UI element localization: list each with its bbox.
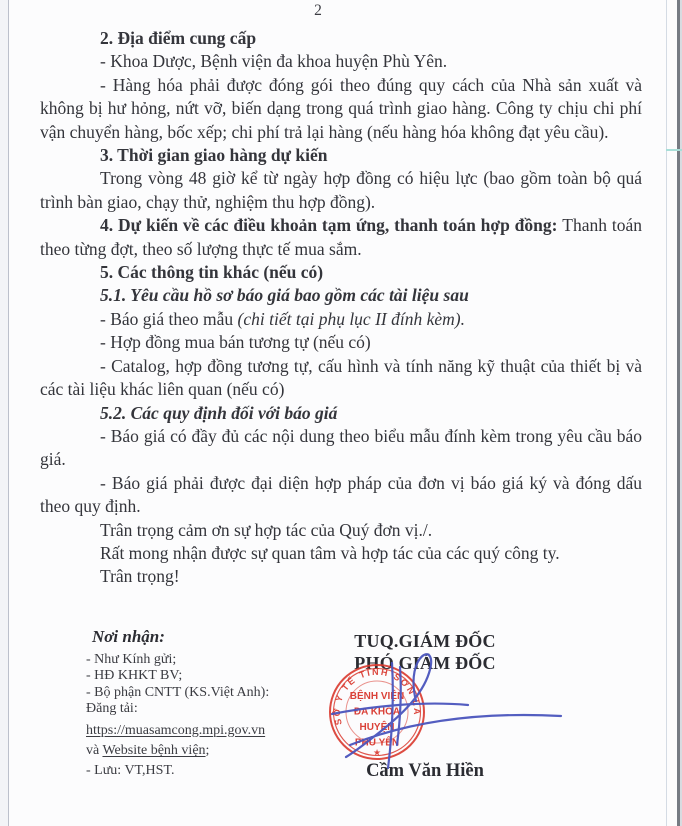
text-run: - Khoa Dược, Bệnh viện đa khoa huyện Phù… bbox=[100, 51, 447, 71]
paragraph: - Khoa Dược, Bệnh viện đa khoa huyện Phù… bbox=[40, 50, 642, 73]
text-run: - Hàng hóa phải được đóng gói theo đúng … bbox=[40, 75, 642, 142]
text-run: - HĐ KHKT BV; bbox=[86, 668, 182, 683]
scan-artifact-teal-line bbox=[666, 149, 682, 151]
paragraph: - Báo giá theo mẫu (chi tiết tại phụ lục… bbox=[40, 308, 642, 331]
signer-name: Cầm Văn Hiền bbox=[328, 761, 522, 782]
signing-block: TUQ.GIÁM ĐỐC PHÓ GIÁM ĐỐC SỞ Y TẾ TỈNH S… bbox=[300, 625, 582, 825]
text-run: - Báo giá theo mẫu bbox=[100, 309, 238, 329]
paragraph: 5.1. Yêu cầu hồ sơ báo giá bao gồm các t… bbox=[40, 284, 642, 307]
paragraph: Rất mong nhận được sự quan tâm và hợp tá… bbox=[40, 542, 642, 565]
text-run: - Lưu: VT,HST. bbox=[86, 763, 174, 778]
scanned-document-page: 2 2. Địa điểm cung cấp- Khoa Dược, Bệnh … bbox=[0, 0, 682, 826]
paragraph: 3. Thời gian giao hàng dự kiến bbox=[40, 144, 642, 167]
paragraph: Trân trọng cảm ơn sự hợp tác của Quý đơn… bbox=[40, 519, 642, 542]
text-run: - Như Kính gửi; bbox=[86, 652, 176, 667]
text-run: và bbox=[86, 743, 102, 758]
text-run: Đăng tải: bbox=[86, 701, 138, 716]
text-run: - Bộ phận CNTT (KS.Việt Anh): bbox=[86, 685, 269, 700]
page-number: 2 bbox=[0, 2, 636, 20]
paragraph: 5. Các thông tin khác (nếu có) bbox=[40, 261, 642, 284]
paragraph: - Báo giá phải được đại diện hợp pháp củ… bbox=[40, 472, 642, 519]
paragraph: Trong vòng 48 giờ kể từ ngày hợp đồng có… bbox=[40, 167, 642, 214]
text-run: - Hợp đồng mua bán tương tự (nếu có) bbox=[100, 332, 371, 352]
text-run: 5. Các thông tin khác (nếu có) bbox=[100, 262, 323, 282]
scan-artifact-right-line bbox=[666, 0, 667, 826]
document-body: 2. Địa điểm cung cấp- Khoa Dược, Bệnh vi… bbox=[40, 27, 642, 589]
scan-artifact-left-margin bbox=[0, 0, 8, 826]
scan-artifact-left-line bbox=[8, 0, 9, 826]
paragraph: - Báo giá có đầy đủ các nội dung theo bi… bbox=[40, 425, 642, 472]
text-run: https://muasamcong.mpi.gov.vn bbox=[86, 723, 265, 738]
text-run: Rất mong nhận được sự quan tâm và hợp tá… bbox=[100, 543, 560, 563]
text-run: - Catalog, hợp đồng tương tự, cấu hình v… bbox=[40, 356, 642, 399]
paragraph: 4. Dự kiến về các điều khoản tạm ứng, th… bbox=[40, 214, 642, 261]
text-run: 5.1. Yêu cầu hồ sơ báo giá bao gồm các t… bbox=[100, 285, 469, 305]
paragraph: - Catalog, hợp đồng tương tự, cấu hình v… bbox=[40, 355, 642, 402]
text-run: ; bbox=[206, 743, 210, 758]
text-run: 4. Dự kiến về các điều khoản tạm ứng, th… bbox=[100, 215, 562, 235]
paragraph: 2. Địa điểm cung cấp bbox=[40, 27, 642, 50]
text-run: Trân trọng! bbox=[100, 566, 180, 586]
text-run: - Báo giá phải được đại diện hợp pháp củ… bbox=[40, 473, 642, 516]
text-run: Trong vòng 48 giờ kể từ ngày hợp đồng có… bbox=[40, 168, 642, 211]
text-run: - Báo giá có đầy đủ các nội dung theo bi… bbox=[40, 426, 642, 469]
text-run: 2. Địa điểm cung cấp bbox=[100, 28, 256, 48]
text-run: Trân trọng cảm ơn sự hợp tác của Quý đơn… bbox=[100, 520, 432, 540]
paragraph: - Hàng hóa phải được đóng gói theo đúng … bbox=[40, 74, 642, 144]
text-run: (chi tiết tại phụ lục II đính kèm). bbox=[238, 309, 465, 329]
paragraph: - Hợp đồng mua bán tương tự (nếu có) bbox=[40, 331, 642, 354]
text-run: 5.2. Các quy định đối với báo giá bbox=[100, 403, 337, 423]
text-run: Website bệnh viện bbox=[102, 743, 205, 758]
paragraph: Trân trọng! bbox=[40, 565, 642, 588]
paragraph: 5.2. Các quy định đối với báo giá bbox=[40, 402, 642, 425]
text-run: 3. Thời gian giao hàng dự kiến bbox=[100, 145, 328, 165]
